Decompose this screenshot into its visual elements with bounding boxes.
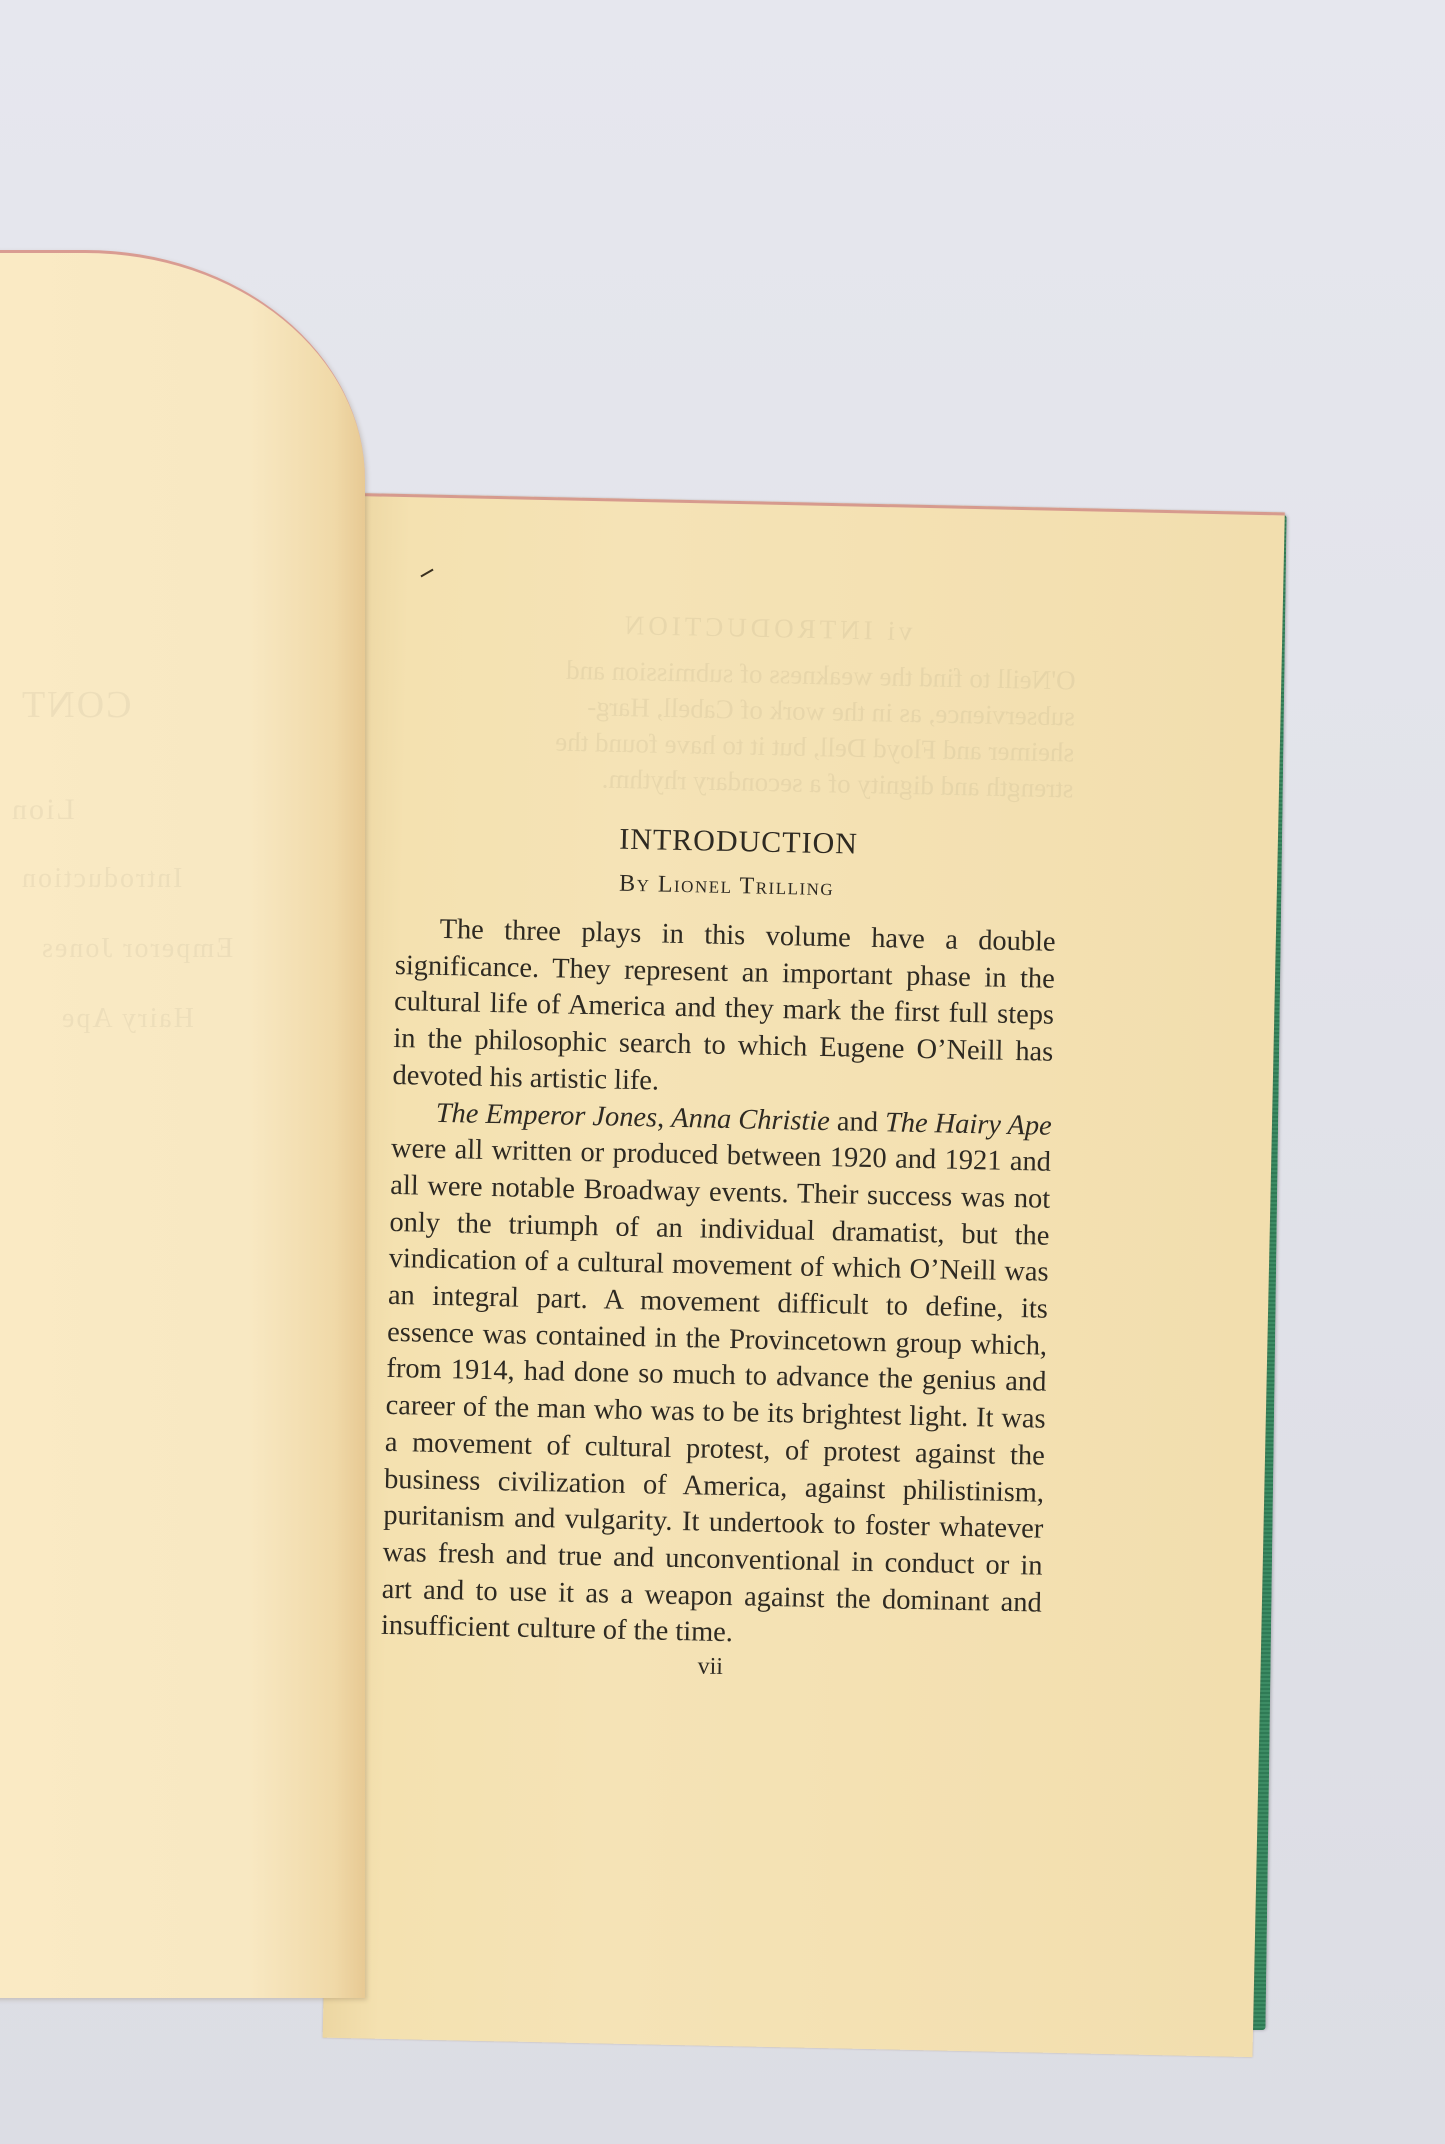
play-title: Anna Christie bbox=[671, 1102, 830, 1136]
left-show-through: Lion bbox=[10, 793, 75, 827]
paragraph-text: The three plays in this volume have a do… bbox=[392, 914, 1056, 1096]
left-show-through: CONT bbox=[20, 683, 131, 727]
paragraph-text: were all written or produced between 192… bbox=[381, 1133, 1051, 1648]
left-show-through: Emperor Jones bbox=[40, 933, 233, 965]
paragraph-text: and bbox=[830, 1106, 886, 1138]
left-show-through: Introduction bbox=[20, 863, 182, 895]
left-show-through: Hairy Ape bbox=[60, 1003, 194, 1035]
play-title: The Emperor Jones bbox=[436, 1097, 658, 1133]
author-byline: By Lionel Trilling bbox=[396, 866, 1056, 907]
left-page-curled: CONT Lion Introduction Emperor Jones Hai… bbox=[0, 250, 365, 1998]
photo-scene: vi INTRODUCTION O'Neill to find the weak… bbox=[0, 0, 1445, 2144]
play-title: The Hairy Ape bbox=[885, 1107, 1052, 1141]
page-text-block: INTRODUCTION By Lionel Trilling The thre… bbox=[380, 818, 1058, 1688]
show-through-text: vi INTRODUCTION O'Neill to find the weak… bbox=[453, 604, 1077, 807]
paragraph-text: , bbox=[657, 1102, 672, 1133]
paragraph-2: The Emperor Jones, Anna Christie and The… bbox=[381, 1094, 1052, 1658]
paragraph-1: The three plays in this volume have a do… bbox=[392, 911, 1056, 1108]
